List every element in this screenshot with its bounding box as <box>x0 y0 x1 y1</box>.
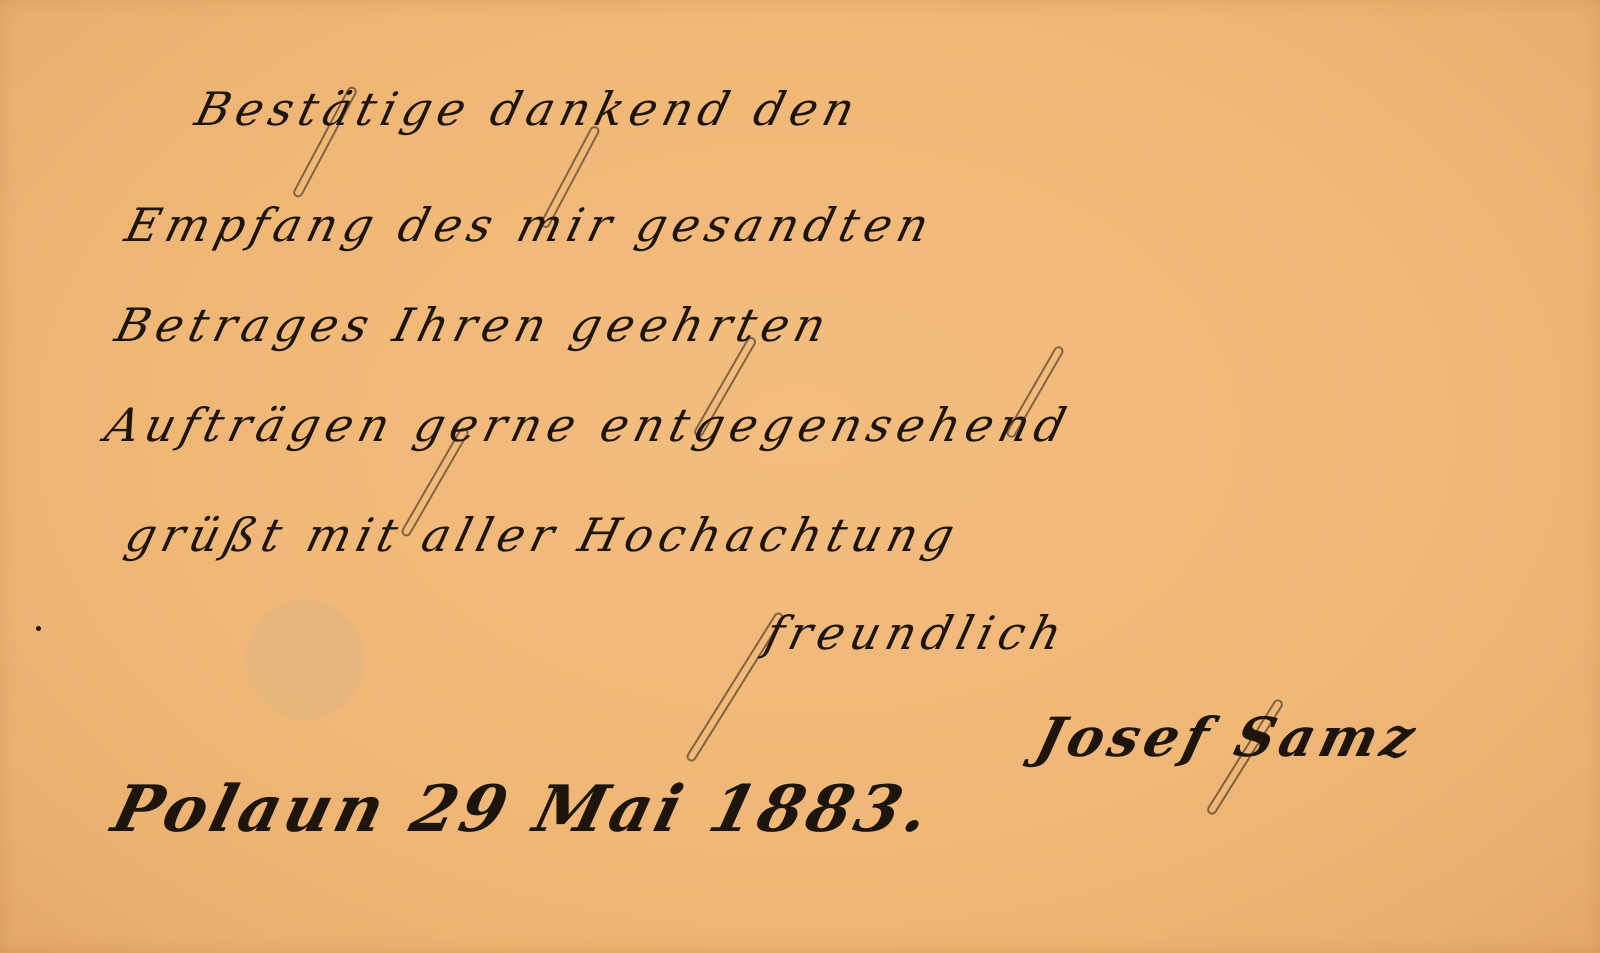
place-and-date: Polaun 29 Mai 1883. <box>105 772 941 847</box>
descender-stroke <box>685 611 786 764</box>
handwritten-line-2: Empfang des mir gesandten <box>120 198 940 252</box>
handwritten-line-4: Aufträgen gerne entgegensehend <box>100 398 1077 452</box>
handwritten-line-5: grüßt mit aller Hochachtung <box>120 508 966 562</box>
faded-stamp-mark <box>245 600 365 720</box>
postcard: Bestätige dankend den Empfang des mir ge… <box>0 0 1600 953</box>
closing-word: freundlich <box>760 606 1073 660</box>
handwritten-line-3: Betrages Ihren geehrten <box>110 298 837 352</box>
signature: Josef Samz <box>1030 705 1426 769</box>
handwritten-line-1: Bestätige dankend den <box>190 82 866 136</box>
ink-dot <box>36 626 41 631</box>
